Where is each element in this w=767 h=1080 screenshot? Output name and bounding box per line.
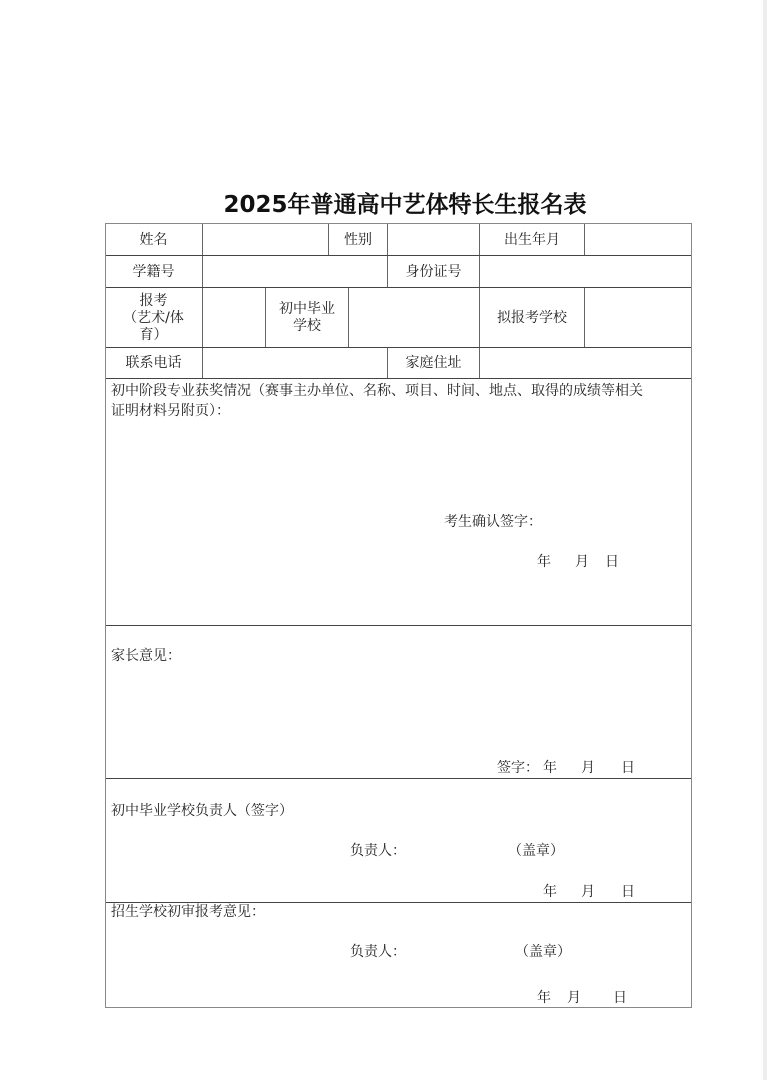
parent-signature-label: 签字： xyxy=(497,759,539,777)
apply-type-label-line3: 育） xyxy=(140,327,168,344)
row-contact: 联系电话 家庭住址 xyxy=(105,347,692,379)
student-signature-label: 考生确认签字： xyxy=(444,513,542,531)
apply-type-field[interactable] xyxy=(203,288,266,348)
address-field[interactable] xyxy=(480,348,692,379)
admission-review-section[interactable]: 招生学校初审报考意见： 负责人： （盖章） 年 月 日 xyxy=(105,902,692,1008)
middle-school-date-day: 日 xyxy=(621,883,635,901)
row-ids: 学籍号 身份证号 xyxy=(105,255,692,288)
gender-label: 性别 xyxy=(329,224,388,256)
middle-school-date-month: 月 xyxy=(581,883,595,901)
id-card-label: 身份证号 xyxy=(388,256,480,288)
birth-field[interactable] xyxy=(585,224,692,256)
apply-type-label-line1: 报考 xyxy=(140,293,168,310)
middle-school-label-line2: 学校 xyxy=(293,318,321,335)
parent-date-year: 年 xyxy=(543,759,557,777)
scrollbar-track[interactable] xyxy=(763,0,767,1080)
parent-opinion-label: 家长意见： xyxy=(111,647,181,665)
admission-person-label: 负责人： xyxy=(350,943,406,961)
middle-school-approval-section[interactable]: 初中毕业学校负责人（签字） 负责人： （盖章） 年 月 日 xyxy=(105,778,692,902)
gender-field[interactable] xyxy=(388,224,480,256)
middle-school-person-label: 负责人： xyxy=(350,842,406,860)
awards-date-year: 年 xyxy=(537,553,551,571)
parent-date-month: 月 xyxy=(581,759,595,777)
awards-date-month: 月 xyxy=(575,553,589,571)
id-card-field[interactable] xyxy=(480,256,692,288)
student-id-field[interactable] xyxy=(203,256,388,288)
middle-school-field[interactable] xyxy=(349,288,480,348)
apply-type-label: 报考 （艺术/体 育） xyxy=(105,288,203,348)
row-basic-info: 姓名 性别 出生年月 xyxy=(105,223,692,256)
admission-review-label: 招生学校初审报考意见： xyxy=(111,903,265,921)
phone-field[interactable] xyxy=(203,348,388,379)
target-school-field[interactable] xyxy=(585,288,692,348)
parent-opinion-section[interactable]: 家长意见： 签字： 年 月 日 xyxy=(105,625,692,778)
admission-date-day: 日 xyxy=(613,989,627,1007)
birth-label: 出生年月 xyxy=(480,224,585,256)
name-label: 姓名 xyxy=(105,224,203,256)
awards-date-day: 日 xyxy=(605,553,619,571)
awards-label-line1: 初中阶段专业获奖情况（赛事主办单位、名称、项目、时间、地点、取得的成绩等相关 xyxy=(111,382,643,400)
address-label: 家庭住址 xyxy=(388,348,480,379)
apply-type-label-line2: （艺术/体 xyxy=(123,310,184,327)
admission-seal-label: （盖章） xyxy=(515,943,571,961)
name-field[interactable] xyxy=(203,224,329,256)
awards-section[interactable]: 初中阶段专业获奖情况（赛事主办单位、名称、项目、时间、地点、取得的成绩等相关 证… xyxy=(105,378,692,625)
parent-date-day: 日 xyxy=(621,759,635,777)
row-application: 报考 （艺术/体 育） 初中毕业 学校 拟报考学校 xyxy=(105,287,692,348)
phone-label: 联系电话 xyxy=(105,348,203,379)
admission-date-year: 年 xyxy=(537,989,551,1007)
middle-school-seal-label: （盖章） xyxy=(508,842,564,860)
target-school-label: 拟报考学校 xyxy=(480,288,585,348)
middle-school-label-line1: 初中毕业 xyxy=(279,301,335,318)
middle-school-label: 初中毕业 学校 xyxy=(266,288,349,348)
awards-label-line2: 证明材料另附页）： xyxy=(111,402,230,420)
middle-school-head-label: 初中毕业学校负责人（签字） xyxy=(111,802,293,820)
admission-date-month: 月 xyxy=(567,989,581,1007)
student-id-label: 学籍号 xyxy=(105,256,203,288)
middle-school-date-year: 年 xyxy=(543,883,557,901)
form-title: 2025年普通高中艺体特长生报名表 xyxy=(0,186,767,219)
